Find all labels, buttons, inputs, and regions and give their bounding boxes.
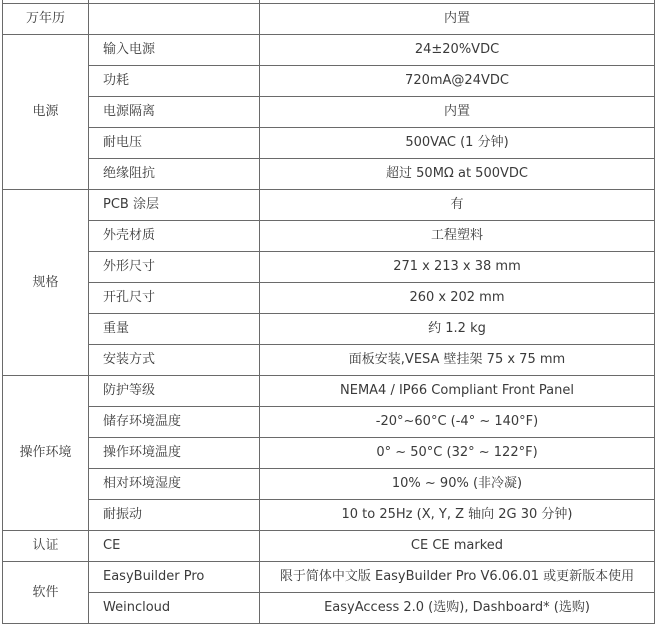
value-cell: 720mA@24VDC [260,66,655,97]
item-cell: 防护等级 [89,376,260,407]
category-cell-calendar: 万年历 [3,4,89,35]
category-cell-specification: 规格 [3,190,89,376]
value-cell: CE CE marked [260,531,655,562]
item-cell: Weincloud [89,593,260,624]
table-row: 软件 EasyBuilder Pro 限于简体中文版 EasyBuilder P… [3,562,655,593]
value-cell: 0° ~ 50°C (32° ~ 122°F) [260,438,655,469]
item-cell: 相对环境湿度 [89,469,260,500]
table-row: 外形尺寸 271 x 213 x 38 mm [3,252,655,283]
item-cell: 外形尺寸 [89,252,260,283]
table-row: Weincloud EasyAccess 2.0 (选购), Dashboard… [3,593,655,624]
value-cell: 10% ~ 90% (非冷凝) [260,469,655,500]
item-cell: PCB 涂层 [89,190,260,221]
table-row: 安装方式 面板安装,VESA 壁挂架 75 x 75 mm [3,345,655,376]
table-row: 电源隔离 内置 [3,97,655,128]
table-row: 耐振动 10 to 25Hz (X, Y, Z 轴向 2G 30 分钟) [3,500,655,531]
item-cell: CE [89,531,260,562]
value-cell: NEMA4 / IP66 Compliant Front Panel [260,376,655,407]
spec-table: 万年历 内置 电源 输入电源 24±20%VDC 功耗 720mA@24VDC … [2,0,655,624]
table-row: 耐电压 500VAC (1 分钟) [3,128,655,159]
value-cell: 限于简体中文版 EasyBuilder Pro V6.06.01 或更新版本使用 [260,562,655,593]
category-cell-software: 软件 [3,562,89,624]
table-row: 认证 CE CE CE marked [3,531,655,562]
item-cell: 耐振动 [89,500,260,531]
table-row: 规格 PCB 涂层 有 [3,190,655,221]
table-row: 开孔尺寸 260 x 202 mm [3,283,655,314]
value-cell: 内置 [260,97,655,128]
value-cell: 超过 50MΩ at 500VDC [260,159,655,190]
table-row: 操作环境温度 0° ~ 50°C (32° ~ 122°F) [3,438,655,469]
value-cell: 工程塑料 [260,221,655,252]
value-cell: 500VAC (1 分钟) [260,128,655,159]
item-cell: 输入电源 [89,35,260,66]
item-cell: 绝缘阻抗 [89,159,260,190]
table-row: 功耗 720mA@24VDC [3,66,655,97]
category-cell-environment: 操作环境 [3,376,89,531]
table-row: 相对环境湿度 10% ~ 90% (非冷凝) [3,469,655,500]
value-cell: 10 to 25Hz (X, Y, Z 轴向 2G 30 分钟) [260,500,655,531]
item-cell: 安装方式 [89,345,260,376]
item-cell: 功耗 [89,66,260,97]
item-cell [89,4,260,35]
value-cell: 24±20%VDC [260,35,655,66]
item-cell: 操作环境温度 [89,438,260,469]
category-cell-power: 电源 [3,35,89,190]
value-cell: 约 1.2 kg [260,314,655,345]
value-cell: 面板安装,VESA 壁挂架 75 x 75 mm [260,345,655,376]
item-cell: 储存环境温度 [89,407,260,438]
item-cell: 外壳材质 [89,221,260,252]
item-cell: 电源隔离 [89,97,260,128]
value-cell: -20°~60°C (-4° ~ 140°F) [260,407,655,438]
value-cell: 有 [260,190,655,221]
item-cell: 重量 [89,314,260,345]
item-cell: EasyBuilder Pro [89,562,260,593]
category-cell-certification: 认证 [3,531,89,562]
table-row: 储存环境温度 -20°~60°C (-4° ~ 140°F) [3,407,655,438]
table-row: 绝缘阻抗 超过 50MΩ at 500VDC [3,159,655,190]
item-cell: 耐电压 [89,128,260,159]
table-row: 外壳材质 工程塑料 [3,221,655,252]
value-cell: 内置 [260,4,655,35]
value-cell: EasyAccess 2.0 (选购), Dashboard* (选购) [260,593,655,624]
table-row: 电源 输入电源 24±20%VDC [3,35,655,66]
value-cell: 271 x 213 x 38 mm [260,252,655,283]
value-cell: 260 x 202 mm [260,283,655,314]
item-cell: 开孔尺寸 [89,283,260,314]
table-row: 操作环境 防护等级 NEMA4 / IP66 Compliant Front P… [3,376,655,407]
table-row: 万年历 内置 [3,4,655,35]
table-row: 重量 约 1.2 kg [3,314,655,345]
